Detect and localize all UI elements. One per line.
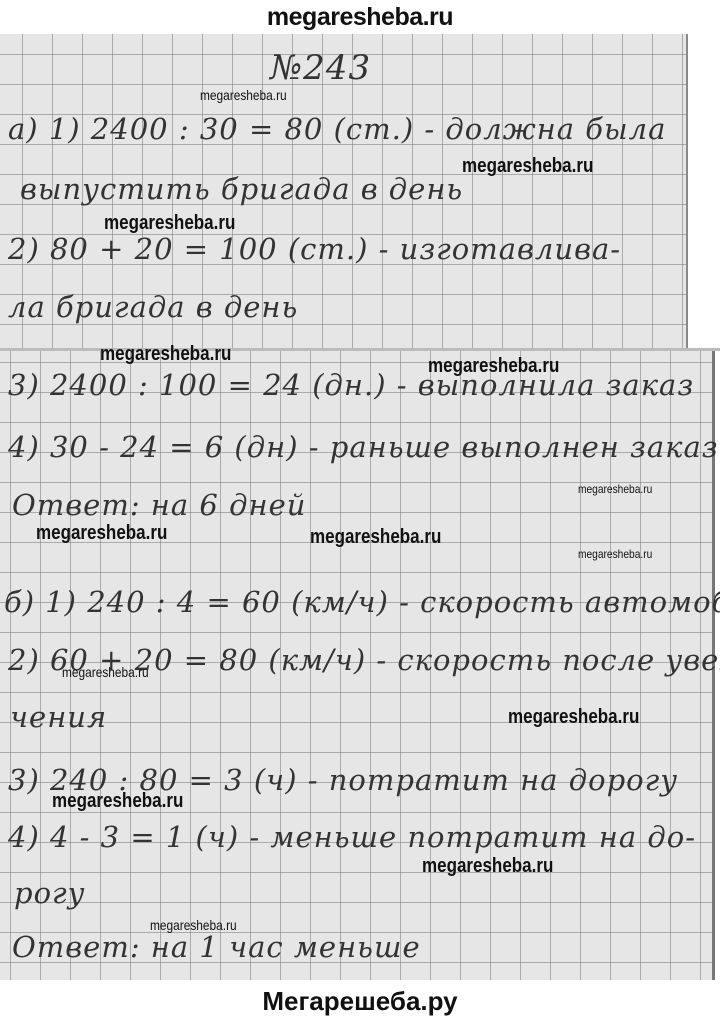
overlay-watermark: megaresheba.ru	[200, 87, 287, 103]
part-b-step-4-line-1: 4) 4 - 3 = 1 (ч) - меньше потратит на до…	[8, 820, 696, 854]
part-a-step-2-line-1: 2) 80 + 20 = 100 (ст.) - изготавлива-	[8, 232, 621, 266]
part-b-answer: Ответ: на 1 час меньше	[12, 930, 421, 964]
part-a-step-4: 4) 30 - 24 = 6 (дн) - раньше выполнен за…	[8, 430, 719, 464]
header-watermark: megaresheba.ru	[0, 0, 720, 34]
part-a-step-3: 3) 2400 : 100 = 24 (дн.) - выполнила зак…	[8, 368, 694, 402]
part-a-step-1-text: 1) 2400 : 30 = 80 (ст.) - должна была	[49, 112, 667, 146]
overlay-watermark: megaresheba.ru	[310, 526, 441, 549]
overlay-watermark: megaresheba.ru	[104, 212, 235, 235]
overlay-watermark: megaresheba.ru	[578, 482, 652, 496]
overlay-watermark: megaresheba.ru	[462, 155, 593, 178]
part-a-step-1-line-2: выпустить бригада в день	[20, 172, 463, 206]
overlay-watermark: megaresheba.ru	[150, 917, 237, 933]
overlay-watermark: megaresheba.ru	[422, 855, 553, 878]
overlay-watermark: megaresheba.ru	[428, 355, 559, 378]
part-a-step-2-line-2: ла бригада в день	[8, 290, 298, 324]
overlay-watermark: megaresheba.ru	[578, 547, 652, 561]
part-b-step-2-line-2: чения	[10, 700, 107, 734]
overlay-watermark: megaresheba.ru	[62, 664, 149, 680]
part-b-step-4-line-2: рогу	[14, 876, 86, 910]
overlay-watermark: megaresheba.ru	[36, 522, 167, 545]
overlay-watermark: megaresheba.ru	[52, 790, 183, 813]
footer-watermark: Мегарешеба.ру	[0, 980, 720, 1022]
part-a-answer: Ответ: на 6 дней	[12, 488, 306, 522]
overlay-watermark: megaresheba.ru	[100, 343, 231, 366]
task-number: №243	[270, 48, 371, 88]
part-b-step-1: б) 1) 240 : 4 = 60 (км/ч) - скорость авт…	[4, 585, 720, 619]
overlay-watermark: megaresheba.ru	[508, 706, 639, 729]
part-a-step-1-line-1: а) 1) 2400 : 30 = 80 (ст.) - должна была	[8, 112, 666, 146]
part-a-label: а)	[8, 112, 39, 146]
